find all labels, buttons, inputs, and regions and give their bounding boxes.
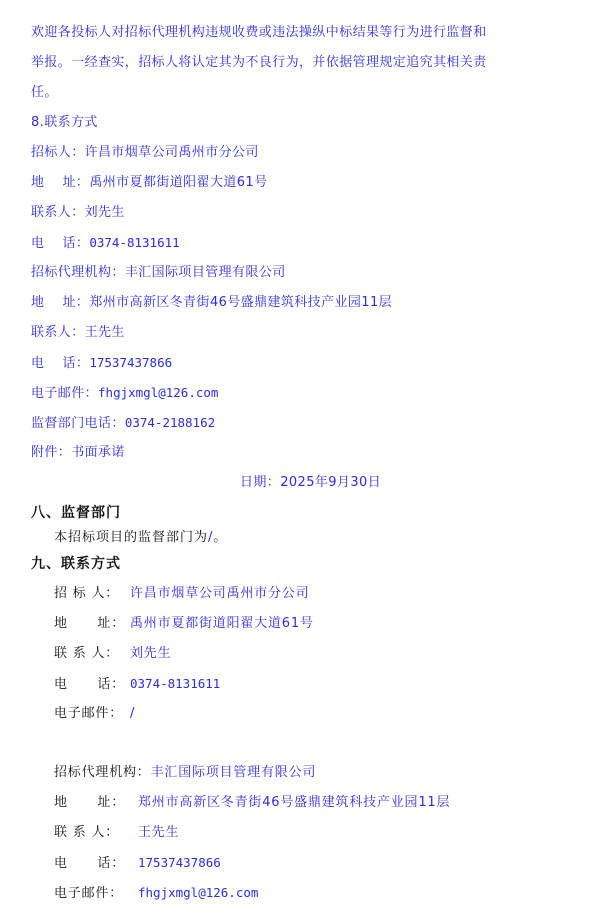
tenderer-contact-line: 联系人：刘先生 (31, 205, 125, 221)
tenderer-phone-label: 电 话： (31, 236, 89, 251)
nine-agency-email-value[interactable]: fhgjxmgl@126.com (138, 885, 258, 900)
nine-tenderer-label: 招 标 人： (54, 586, 130, 602)
tenderer-line: 招标人：许昌市烟草公司禹州市分公司 (31, 145, 259, 161)
nine-tenderer-row: 招 标 人：许昌市烟草公司禹州市分公司 (54, 586, 309, 602)
attachment-label: 附件： (31, 445, 71, 460)
section-8-contact-title: 8.联系方式 (31, 115, 98, 131)
tenderer-phone-line: 电 话：0374-8131611 (31, 235, 180, 251)
section-eight-title: 八、监督部门 (31, 505, 121, 521)
agency-phone-line: 电 话：17537437866 (31, 355, 172, 371)
agency-phone-value: 17537437866 (89, 355, 172, 370)
nine-tenderer-email-row: 电子邮件：/ (54, 706, 135, 722)
agency-contact-label: 联系人： (31, 325, 85, 340)
nine-tenderer-phone-row: 电 话：0374-8131611 (54, 676, 220, 693)
nine-agency-value: 丰汇国际项目管理有限公司 (151, 765, 317, 780)
date-label: 日期： (240, 475, 280, 490)
notice-paragraph-line-2: 举报。一经查实，招标人将认定其为不良行为，并依据管理规定追究其相关责 (31, 55, 487, 71)
nine-tenderer-value: 许昌市烟草公司禹州市分公司 (130, 586, 309, 601)
agency-address-value: 郑州市高新区冬青街46号盛鼎建筑科技产业园11层 (89, 295, 392, 310)
tenderer-label: 招标人： (31, 145, 85, 160)
supervision-phone-line: 监督部门电话：0374-2188162 (31, 415, 215, 431)
attachment-line: 附件：书面承诺 (31, 445, 125, 461)
nine-agency-phone-row: 电 话：17537437866 (54, 855, 221, 872)
nine-tenderer-address-row: 地 址：禹州市夏都街道阳翟大道61号 (54, 616, 314, 632)
section-eight-body: 本招标项目的监督部门为/。 (54, 530, 227, 546)
agency-address-label: 地 址： (31, 295, 89, 310)
nine-agency-contact-label: 联 系 人： (54, 825, 138, 841)
nine-agency-phone-value: 17537437866 (138, 855, 221, 870)
nine-agency-contact-row: 联 系 人：王先生 (54, 825, 179, 841)
tenderer-address-label: 地 址： (31, 175, 89, 190)
agency-value: 丰汇国际项目管理有限公司 (125, 265, 286, 280)
nine-agency-contact-value: 王先生 (138, 825, 179, 840)
nine-agency-email-row: 电子邮件：fhgjxmgl@126.com (54, 885, 258, 902)
nine-agency-row: 招标代理机构：丰汇国际项目管理有限公司 (54, 765, 316, 781)
nine-agency-address-label: 地 址： (54, 795, 138, 811)
nine-agency-address-value: 郑州市高新区冬青街46号盛鼎建筑科技产业园11层 (138, 795, 450, 810)
agency-contact-value: 王先生 (85, 325, 125, 340)
agency-email-value[interactable]: fhgjxmgl@126.com (98, 385, 218, 400)
nine-tenderer-email-label: 电子邮件： (54, 706, 130, 722)
date-line: 日期：2025年9月30日 (240, 475, 381, 491)
nine-tenderer-contact-row: 联 系 人：刘先生 (54, 646, 171, 662)
attachment-value[interactable]: 书面承诺 (71, 445, 125, 460)
section-eight-body-prefix: 本招标项目的监督部门为 (54, 530, 208, 545)
supervision-phone-value: 0374-2188162 (125, 415, 215, 430)
section-nine-title: 九、联系方式 (31, 556, 121, 572)
nine-tenderer-phone-label: 电 话： (54, 677, 130, 693)
nine-tenderer-contact-label: 联 系 人： (54, 646, 130, 662)
agency-address-line: 地 址：郑州市高新区冬青街46号盛鼎建筑科技产业园11层 (31, 295, 392, 311)
section-eight-body-suffix: 。 (213, 530, 227, 545)
nine-agency-label: 招标代理机构： (54, 765, 151, 781)
agency-email-label: 电子邮件： (31, 386, 98, 401)
date-value: 2025年9月30日 (280, 475, 381, 490)
nine-tenderer-phone-value: 0374-8131611 (130, 676, 220, 691)
nine-tenderer-address-value: 禹州市夏都街道阳翟大道61号 (130, 616, 314, 631)
nine-agency-email-label: 电子邮件： (54, 886, 138, 902)
supervision-phone-label: 监督部门电话： (31, 416, 125, 431)
nine-agency-phone-label: 电 话： (54, 856, 138, 872)
agency-phone-label: 电 话： (31, 356, 89, 371)
nine-tenderer-address-label: 地 址： (54, 616, 130, 632)
tenderer-address-value: 禹州市夏都街道阳翟大道61号 (89, 175, 267, 190)
notice-paragraph-line-3: 任。 (31, 85, 58, 101)
agency-contact-line: 联系人：王先生 (31, 325, 125, 341)
tenderer-contact-value: 刘先生 (85, 205, 125, 220)
nine-agency-address-row: 地 址：郑州市高新区冬青街46号盛鼎建筑科技产业园11层 (54, 795, 450, 811)
tenderer-address-line: 地 址：禹州市夏都街道阳翟大道61号 (31, 175, 268, 191)
agency-email-line: 电子邮件：fhgjxmgl@126.com (31, 385, 218, 401)
tenderer-value: 许昌市烟草公司禹州市分公司 (85, 145, 259, 160)
agency-label: 招标代理机构： (31, 265, 125, 280)
nine-tenderer-contact-value: 刘先生 (130, 646, 171, 661)
tenderer-phone-value: 0374-8131611 (89, 235, 179, 250)
nine-tenderer-email-value: / (130, 706, 135, 721)
agency-line: 招标代理机构：丰汇国际项目管理有限公司 (31, 265, 286, 281)
notice-paragraph-line-1: 欢迎各投标人对招标代理机构违规收费或违法操纵中标结果等行为进行监督和 (31, 25, 487, 41)
tenderer-contact-label: 联系人： (31, 205, 85, 220)
